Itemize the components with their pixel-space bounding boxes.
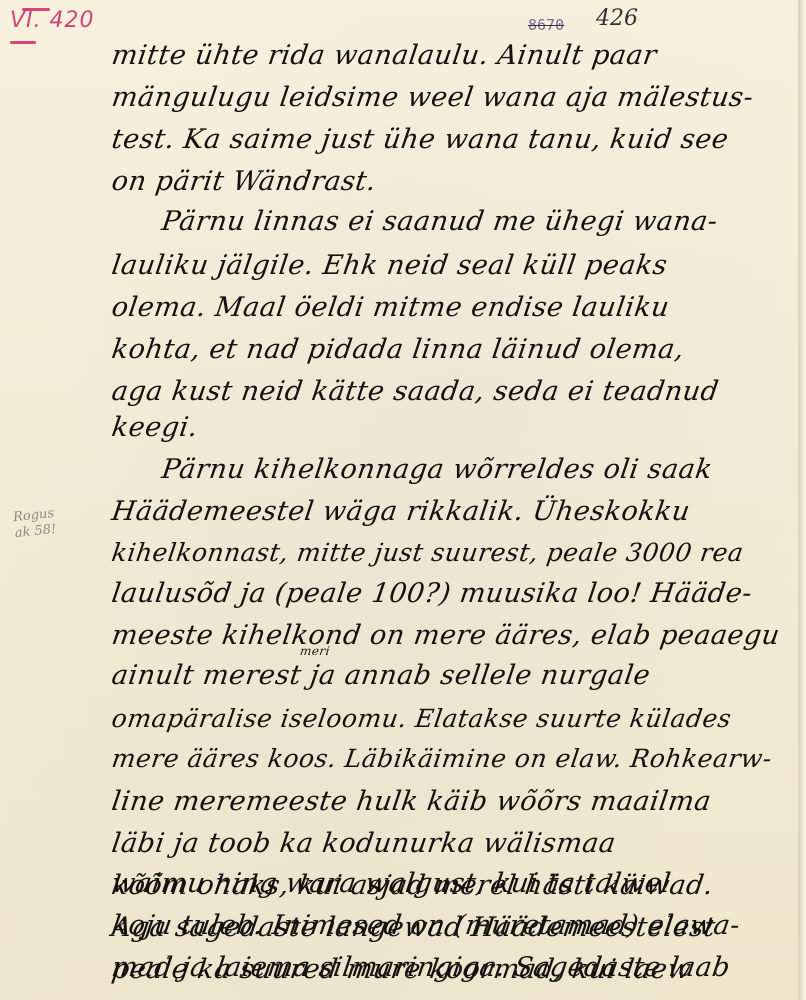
text-line: meeste kihelkond on mere ääres, elab pea… [110, 620, 782, 651]
text-line: lauliku jälgile. Ehk neid seal küll peak… [110, 250, 670, 281]
page-number: 426 [596, 6, 638, 31]
paper-edge [798, 0, 806, 1000]
text-line: kohta, et nad pidada linna läinud olema, [110, 334, 686, 365]
archive-mark-text: VI. 420 [10, 8, 95, 33]
text-line: aga kust neid kätte saada, seda ei teadn… [110, 376, 721, 407]
struck-page-stamp: 8670 [528, 16, 564, 34]
text-line: ainult merest ja annab sellele nurgale [110, 660, 653, 691]
text-line: test. Ka saime just ühe wana tanu, kuid … [110, 124, 731, 155]
text-line: omapäralise iseloomu. Elatakse suurte kü… [110, 704, 733, 733]
text-line: peale ka suured mure koormad, kui laew [110, 954, 694, 985]
margin-note: Rogus ak 58! [12, 506, 57, 542]
text-line: mitte ühte rida wanalaulu. Ainult paar [110, 40, 659, 71]
text-line: Aga sagedaste langewad Häädemeestelest [110, 912, 718, 943]
text-line: läbi ja toob ka kodunurka wälismaa [110, 828, 618, 859]
archive-mark-underline [10, 41, 36, 44]
text-line: kihelkonnast, mitte just suurest, peale … [110, 538, 746, 567]
text-line: keegi. [110, 412, 200, 443]
text-line: Pärnu kihelkonnaga wõrreldes oli saak [160, 454, 715, 485]
text-line: laulusõd ja (peale 100?) muusika loo! Hä… [110, 578, 754, 609]
text-line: kõõm ohaks, kui asjad merel hästi käiwad… [110, 870, 716, 901]
text-line: on pärit Wändrast. [110, 166, 378, 197]
text-line: Häädemeestel wäga rikkalik. Üheskokku [110, 496, 692, 527]
interlinear-insertion: meri [299, 644, 331, 658]
text-line: line meremeeste hulk käib wõõrs maailma [110, 786, 713, 817]
text-line: Pärnu linnas ei saanud me ühegi wana- [160, 206, 720, 237]
text-line: olema. Maal öeldi mitme endise lauliku [110, 292, 672, 323]
archive-mark-overline [22, 8, 50, 11]
text-line: mängulugu leidsime weel wana aja mälestu… [110, 82, 756, 113]
archive-call-number: VI. 420 [10, 8, 95, 33]
text-line: mere ääres koos. Läbikäimine on elaw. Ro… [110, 744, 774, 773]
